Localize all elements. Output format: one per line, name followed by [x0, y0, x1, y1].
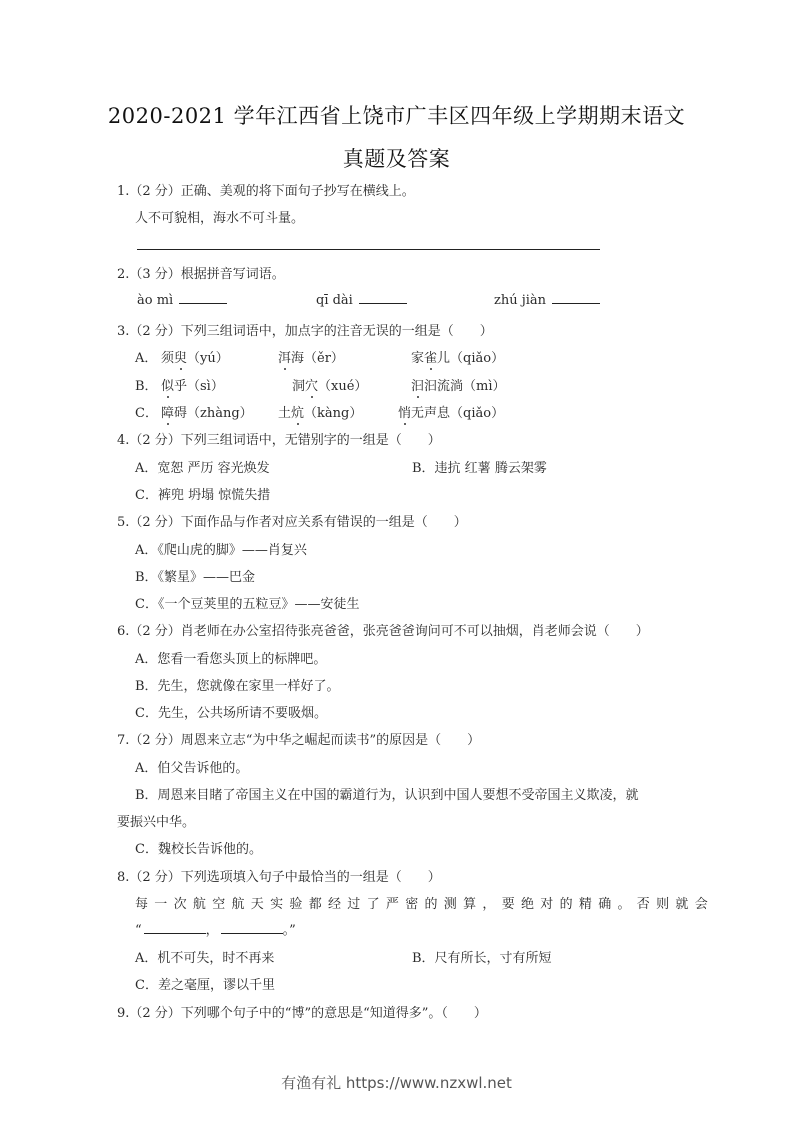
question-7-option-b-line-1: B．周恩来目睹了帝国主义在中国的霸道行为，认识到中国人要想不受帝国主义欺凌，就 — [135, 784, 639, 803]
question-7-stem: 7.（2 分）周恩来立志“为中华之崛起而读书”的原因是（ ） — [117, 729, 480, 748]
question-5-stem: 5.（2 分）下面作品与作者对应关系有错误的一组是（ ） — [117, 511, 467, 530]
question-2-pinyin-2: qī dài — [316, 291, 407, 308]
answer-blank[interactable] — [359, 291, 407, 304]
answer-blank-1[interactable] — [144, 921, 206, 934]
question-5-option-a: A．《爬山虎的脚》——肖复兴 — [135, 539, 307, 558]
question-3-option-b-item-3: 汩汩流淌（mì） — [411, 375, 506, 394]
question-4-option-c: C．裤兜 坍塌 惊慌失措 — [135, 484, 270, 503]
question-6-option-b: B．先生，您就像在家里一样好了。 — [135, 675, 340, 694]
question-3-option-a-item-1: 须臾（yú） — [161, 347, 229, 366]
question-3-option-b-item-1: 似乎（sì） — [161, 375, 224, 394]
question-2-pinyin-1: ào mì — [137, 291, 227, 308]
question-7-option-a: A．伯父告诉他的。 — [135, 757, 248, 776]
question-8-option-c: C．差之毫厘，谬以千里 — [135, 974, 275, 993]
document-title-line-1: 2020-2021 学年江西省上饶市广丰区四年级上学期期末语文 — [0, 100, 793, 130]
question-4-option-a: A．宽恕 严历 容光焕发 — [135, 457, 270, 476]
answer-blank[interactable] — [552, 291, 600, 304]
question-7-option-b-line-2: 要振兴中华。 — [117, 811, 195, 830]
question-8-sentence: 每一次航空航天实验都经过了严密的测算，要绝对的精确。否则就会 — [135, 893, 714, 912]
answer-blank-2[interactable] — [221, 921, 283, 934]
question-3-option-a-item-3: 家雀儿（qiǎo） — [411, 347, 504, 366]
question-3-option-c-label: C． — [135, 402, 158, 421]
question-3-stem: 3.（2 分）下列三组词语中，加点字的注音无误的一组是（ ） — [117, 320, 493, 339]
question-5-option-c: C．《一个豆荚里的五粒豆》——安徒生 — [135, 593, 359, 612]
question-8-stem: 8.（2 分）下列选项填入句子中最恰当的一组是（ ） — [117, 866, 441, 885]
footer-watermark: 有渔有礼 https://www.nzxwl.net — [0, 1072, 793, 1093]
question-4-option-b: B．违抗 红薯 腾云架雾 — [412, 457, 547, 476]
question-1-stem: 1.（2 分）正确、美观的将下面句子抄写在横线上。 — [117, 180, 415, 199]
pinyin-text: zhú jiàn — [494, 293, 546, 308]
question-8-option-a: A．机不可失，时不再来 — [135, 947, 274, 966]
question-2-stem: 2.（3 分）根据拼音写词语。 — [117, 263, 285, 282]
question-6-option-c: C．先生，公共场所请不要吸烟。 — [135, 702, 327, 721]
question-3-option-c-item-1: 障碍（zhàng） — [161, 402, 253, 421]
question-3-option-a-label: A． — [135, 347, 157, 366]
answer-blank[interactable] — [179, 291, 227, 304]
question-3-option-b-item-2: 洞穴（xué） — [292, 375, 367, 394]
question-7-option-c: C．魏校长告诉他的。 — [135, 838, 262, 857]
question-2-pinyin-3: zhú jiàn — [494, 291, 600, 308]
question-3-option-c-item-2: 土炕（kàng） — [278, 402, 362, 421]
pinyin-text: qī dài — [316, 293, 353, 308]
question-9-stem: 9.（2 分）下列哪个句子中的“博”的意思是“知道得多”。（ ） — [117, 1002, 487, 1021]
question-6-stem: 6.（2 分）肖老师在办公室招待张亮爸爸，张亮爸爸询问可不可以抽烟，肖老师会说（… — [117, 620, 649, 639]
question-6-option-a: A．您看一看您头顶上的标牌吧。 — [135, 648, 326, 667]
question-3-option-b-label: B． — [135, 375, 158, 394]
question-8-option-b: B．尺有所长，寸有所短 — [412, 947, 552, 966]
document-title-line-2: 真题及答案 — [0, 143, 793, 173]
question-1-answer-line[interactable] — [137, 249, 600, 250]
pinyin-text: ào mì — [137, 293, 173, 308]
question-4-stem: 4.（2 分）下列三组词语中，无错别字的一组是（ ） — [117, 429, 441, 448]
question-1-sentence: 人不可貌相，海水不可斗量。 — [135, 207, 304, 226]
question-3-option-a-item-2: 洱海（ěr） — [278, 347, 344, 366]
question-8-fill-blanks: “，。” — [135, 919, 296, 938]
question-5-option-b: B．《繁星》——巴金 — [135, 566, 255, 585]
question-3-option-c-item-3: 悄无声息（qiǎo） — [398, 402, 504, 421]
